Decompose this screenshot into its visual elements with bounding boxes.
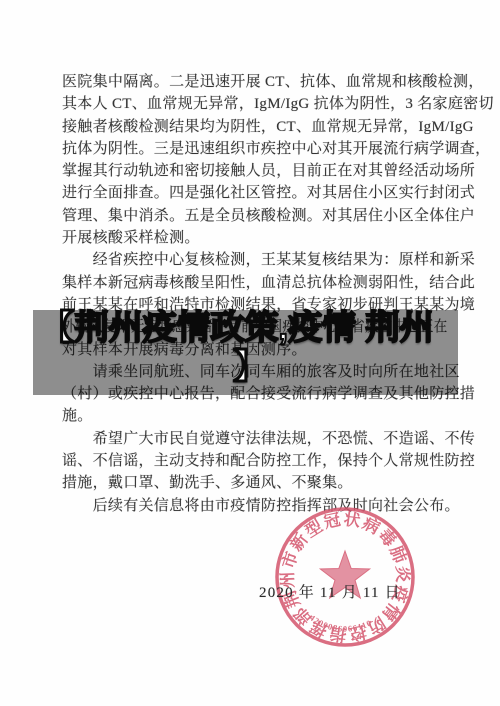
- scanned-document-page: 医院集中隔离。二是迅速开展 CT、抗体、血常规和核酸检测， 其本人 CT、血常规…: [0, 0, 500, 706]
- text-line: 抗体为阴性。三是迅速组织市疾控中心对其开展流行病学调查，: [62, 138, 460, 160]
- text-line: 其本人 CT、血常规无异常，IgM/IgG 抗体为阴性，3 名家庭密切: [62, 93, 460, 115]
- document-body: 医院集中隔离。二是迅速开展 CT、抗体、血常规和核酸检测， 其本人 CT、血常规…: [62, 71, 460, 517]
- seal-graphic: 荆州市新型冠状病毒肺炎疫情防控指挥部 4200086066110: [260, 492, 430, 662]
- text-line: 希望广大市民自觉遵守法律法规，不恐慌、不造谣、不传: [62, 428, 460, 450]
- text-line: 医院集中隔离。二是迅速开展 CT、抗体、血常规和核酸检测，: [62, 71, 460, 93]
- text-line: 进行全面排查。四是强化社区管控。对其居住小区实行封闭式: [62, 182, 460, 204]
- text-line: 掌握其行动轨迹和密切接触人员，目前正在对其曾经活动场所: [62, 160, 460, 182]
- text-line: 接触者核酸检测结果均为阴性，CT、血常规无异常，IgM/IgG: [62, 116, 460, 138]
- watermark-band: [33, 310, 458, 395]
- document-date: 2020 年 11 月 11 日: [259, 581, 401, 602]
- text-line: 集样本新冠病毒核酸呈阳性，血清总抗体检测弱阳性，结合此: [62, 272, 460, 294]
- text-line: 施。: [62, 405, 460, 427]
- text-line: 谣、不信谣，主动支持和配合防控工作，保持个人常规性防控: [62, 450, 460, 472]
- official-seal: 荆州市新型冠状病毒肺炎疫情防控指挥部 4200086066110: [260, 492, 430, 662]
- text-line: 开展核酸采样检测。: [62, 227, 460, 249]
- text-line: 经省疾控中心复核检测，王某某复核结果为：原样和新采: [62, 249, 460, 271]
- text-line: 管理、集中消杀。五是全员核酸检测。对其居住小区全体住户: [62, 205, 460, 227]
